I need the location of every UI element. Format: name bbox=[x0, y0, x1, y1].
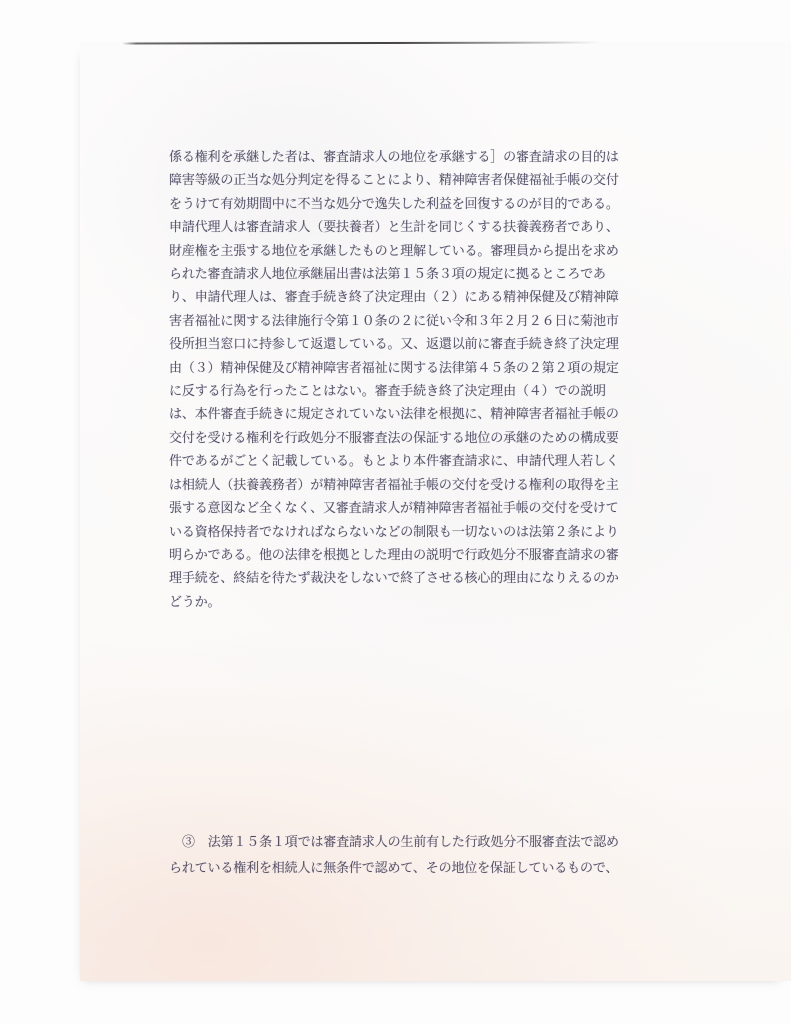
text-line: は、本件審査手続きに規定されていない法律を根拠に、精神障害者福祉手帳の bbox=[169, 402, 639, 425]
text-line: 理手続を、終結を待たず裁決をしないで終了させる核心的理由になりえるのか bbox=[169, 566, 639, 589]
text-line: 申請代理人は審査請求人（要扶養者）と生計を同じくする扶養義務者であり、 bbox=[169, 215, 639, 238]
text-line: いる資格保持者でなければならないなどの制限も一切ないのは法第２条により bbox=[169, 520, 639, 543]
text-line: 交付を受ける権利を行政処分不服審査法の保証する地位の承継のための構成要 bbox=[169, 426, 639, 449]
text-line: 財産権を主張する地位を承継したものと理解している。審理員から提出を求め bbox=[169, 239, 639, 262]
photo-background: 係る権利を承継した者は、審査請求人の地位を承継する］の審査請求の目的は 障害等級… bbox=[0, 0, 791, 1024]
text-line: どうか。 bbox=[169, 590, 639, 613]
text-line: 張する意図など全くなく、又審査請求人が精神障害者福祉手帳の交付を受けて bbox=[169, 496, 639, 519]
text-line: ③ 法第１５条１項では審査請求人の生前有した行政処分不服審査法で認め bbox=[169, 829, 639, 855]
text-line: られている権利を相続人に無条件で認めて、その地位を保証しているもので、 bbox=[169, 855, 639, 881]
text-line: 明らかである。他の法律を根拠とした理由の説明で行政処分不服審査請求の審 bbox=[169, 543, 639, 566]
text-line: 件であるがごとく記載している。もとより本件審査請求に、申請代理人若しく bbox=[169, 449, 639, 472]
text-line: は相続人（扶養義務者）が精神障害者福祉手帳の交付を受ける権利の取得を主 bbox=[169, 473, 639, 496]
body-paragraph: 係る権利を承継した者は、審査請求人の地位を承継する］の審査請求の目的は 障害等級… bbox=[169, 145, 639, 613]
text-line: に反する行為を行ったことはない。審査手続き終了決定理由（４）での説明 bbox=[169, 379, 639, 402]
item-3-paragraph: ③ 法第１５条１項では審査請求人の生前有した行政処分不服審査法で認め られている… bbox=[169, 829, 639, 881]
text-line: られた審査請求人地位承継届出書は法第１５条３項の規定に拠るところであ bbox=[169, 262, 639, 285]
text-line: をうけて有効期間中に不当な処分で逸失した利益を回復するのが目的である。 bbox=[169, 192, 639, 215]
text-line: 由（３）精神保健及び精神障害者福祉に関する法律第４５条の２第２項の規定 bbox=[169, 356, 639, 379]
text-line: 害者福祉に関する法律施行令第１０条の２に従い令和３年２月２６日に菊池市 bbox=[169, 309, 639, 332]
text-line: 係る権利を承継した者は、審査請求人の地位を承継する］の審査請求の目的は bbox=[169, 145, 639, 168]
text-line: 役所担当窓口に持参して返還している。又、返還以前に審査手続き終了決定理 bbox=[169, 332, 639, 355]
text-line: り、申請代理人は、審査手続き終了決定理由（２）にある精神保健及び精神障 bbox=[169, 285, 639, 308]
text-line: 障害等級の正当な処分判定を得ることにより、精神障害者保健福祉手帳の交付 bbox=[169, 168, 639, 191]
